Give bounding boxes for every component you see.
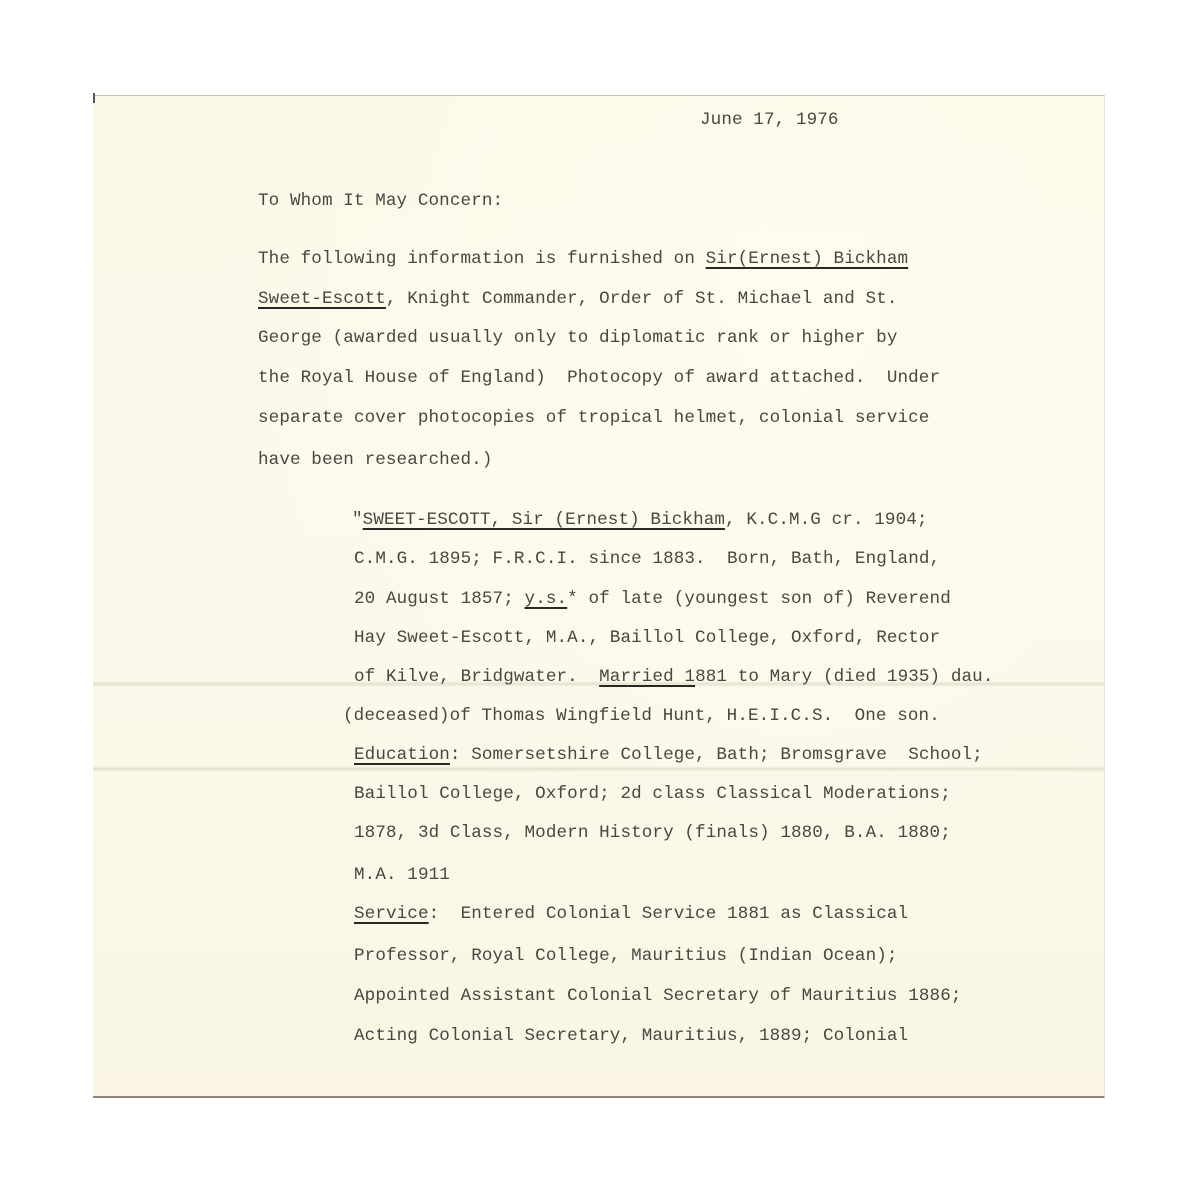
- quote-mark: ": [352, 510, 363, 530]
- entry-line-4: Hay Sweet-Escott, M.A., Baillol College,…: [354, 628, 940, 648]
- entry-line-3: 20 August 1857; y.s.* of late (youngest …: [354, 589, 951, 609]
- subject-surname-underlined: Sweet-Escott: [258, 289, 386, 309]
- intro-line-1: The following information is furnished o…: [258, 249, 908, 269]
- intro-line-6: have been researched.): [258, 450, 492, 470]
- abbreviation-underlined: y.s.: [525, 589, 568, 609]
- entry-line-11: Service: Entered Colonial Service 1881 a…: [354, 904, 908, 924]
- subject-name-underlined: Sir(Ernest) Bickham: [706, 249, 909, 269]
- entry-line-14: Acting Colonial Secretary, Mauritius, 18…: [354, 1026, 908, 1046]
- entry-line-6: (deceased)of Thomas Wingfield Hunt, H.E.…: [343, 706, 940, 726]
- entry-line-7: Education: Somersetshire College, Bath; …: [354, 745, 983, 765]
- entry-text: of Kilve, Bridgwater.: [354, 667, 599, 687]
- intro-line-4: the Royal House of England) Photocopy of…: [258, 368, 940, 388]
- intro-line-5: separate cover photocopies of tropical h…: [258, 408, 929, 428]
- entry-text: : Somersetshire College, Bath; Bromsgrav…: [450, 745, 983, 765]
- entry-line-12: Professor, Royal College, Mauritius (Ind…: [354, 946, 898, 966]
- married-underlined: Married 1: [599, 667, 695, 687]
- entry-line-9: 1878, 3d Class, Modern History (finals) …: [354, 823, 951, 843]
- entry-text: 881 to Mary (died 1935) dau.: [695, 667, 993, 687]
- entry-line-1: "SWEET-ESCOTT, Sir (Ernest) Bickham, K.C…: [352, 510, 928, 530]
- entry-text: * of late (youngest son of) Reverend: [567, 589, 951, 609]
- entry-line-2: C.M.G. 1895; F.R.C.I. since 1883. Born, …: [354, 549, 940, 569]
- entry-text: , K.C.M.G cr. 1904;: [725, 510, 928, 530]
- education-heading: Education: [354, 745, 450, 765]
- letter-date: June 17, 1976: [700, 110, 839, 130]
- paper-corner-mark: [93, 93, 95, 103]
- entry-line-8: Baillol College, Oxford; 2d class Classi…: [354, 784, 951, 804]
- entry-line-10: M.A. 1911: [354, 865, 450, 885]
- entry-text: 20 August 1857;: [354, 589, 525, 609]
- paper-fold-crease: [93, 766, 1104, 772]
- intro-line-3: George (awarded usually only to diplomat…: [258, 328, 897, 348]
- entry-text: : Entered Colonial Service 1881 as Class…: [429, 904, 909, 924]
- intro-line-2: Sweet-Escott, Knight Commander, Order of…: [258, 289, 898, 309]
- entry-name-underlined: SWEET-ESCOTT, Sir (Ernest) Bickham: [363, 510, 725, 530]
- page-canvas: June 17, 1976 To Whom It May Concern: Th…: [0, 0, 1200, 1200]
- service-heading: Service: [354, 904, 429, 924]
- intro-text: The following information is furnished o…: [258, 249, 706, 269]
- salutation: To Whom It May Concern:: [258, 191, 503, 211]
- intro-text: , Knight Commander, Order of St. Michael…: [386, 289, 898, 309]
- entry-line-13: Appointed Assistant Colonial Secretary o…: [354, 986, 962, 1006]
- entry-line-5: of Kilve, Bridgwater. Married 1881 to Ma…: [354, 667, 994, 687]
